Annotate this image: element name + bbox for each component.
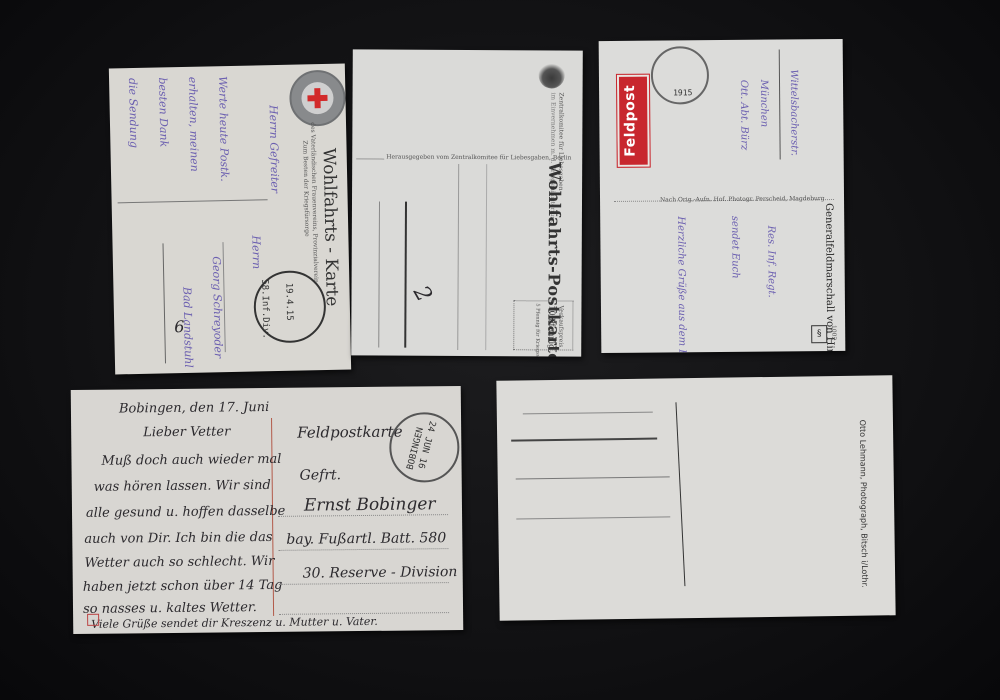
handwriting: Herrn Gefreiter [267,105,282,193]
address-line [516,516,670,519]
red-cross-seal-icon [289,70,346,127]
divider-vertical [457,164,459,350]
postcard-wohlfahrts-postkarte: Zentralkomitee für Liebesgaben im Einver… [351,49,583,356]
handwriting: besten Dank [156,77,170,147]
card-title: Wohlfahrts - Karte [319,148,342,307]
feldpost-label: Feldpost [617,75,650,167]
handwritten-mark: 2 [408,282,437,307]
handwriting: die Sendung [126,78,140,148]
divider-vertical [485,164,487,350]
publisher-logo-icon [87,614,99,626]
postcard-wohlfahrts-karte: Wohlfahrts - Karte des Vaterländischen F… [109,64,351,375]
stamp-box: Verkaufspreis 10 Pfennig 5 Pfennig für K… [513,300,573,350]
letter-line: Viele Grüße sendet dir Kreszenz u. Mutte… [91,615,378,631]
divider [356,158,384,159]
catalog-number: 1002 [830,325,837,340]
letter-line: Muß doch auch wieder mal [101,452,281,469]
postcard-otto-lehmann: Otto Lehmann, Photograph, Bitsch i/Lothr… [496,375,895,621]
letter-line: haben jetzt schon über 14 Tag [83,578,283,595]
header-label: Feldpostkarte [297,423,403,442]
address-rule [278,548,448,551]
handwriting: Georg Schreyoder [210,256,225,358]
letter-line: was hören lassen. Wir sind [94,478,271,495]
postcard-feldpostkarte-bobingen: Bobingen, den 17. Juni Lieber Vetter Muß… [71,386,464,634]
letter-line: Bobingen, den 17. Juni [119,400,269,417]
address-line: 30. Reserve - Division [303,564,458,582]
publisher-line: Herausgegeben vom Zentralkomitee für Lie… [386,154,571,162]
postmark-stamp: BOBINGEN 24 JUN 16 [389,412,460,483]
address-line: Gefrt. [300,467,342,483]
address-line [516,476,670,479]
address-line [378,202,380,348]
address-rule [279,582,449,585]
divider-vertical [675,402,685,586]
handwriting: erhalten, meinen [186,77,201,172]
publisher-line: Otto Lehmann, Photograph, Bitsch i/Lothr… [858,420,869,588]
address-line: Ernst Bobinger [304,494,436,515]
publisher-logo-icon: § [811,325,827,343]
address-line [404,202,407,348]
handwritten-number: 6 [174,317,185,336]
handwriting: Res. Inf. Regt. [765,226,777,298]
address-line [162,243,166,363]
divider [118,199,268,203]
postcard-feldpost-hindenburg: Feldpost 1915 Nach Orig.-Aufn. Hof. Phot… [599,39,846,353]
address-line [511,438,657,442]
imperial-eagle-icon [539,62,565,88]
address-line: bay. Fußartl. Batt. 580 [286,530,446,548]
handwriting: Werte heute Postk. [216,76,231,182]
handwriting: München [758,80,769,128]
handwriting: Herzliche Grüße aus dem Feld [675,216,687,353]
card-subtitle: des Vaterländischen Frauenvereins, Provi… [309,122,319,283]
letter-line: Lieber Vetter [143,424,230,440]
publisher-line: Nach Orig.-Aufn. Hof. Photogr. Perscheid… [660,195,825,203]
letter-line: alle gesund u. hoffen dasselbe [86,504,285,521]
address-line [779,49,781,159]
postmark-stamp: 19.4.15 58.Inf.Div. [253,270,326,343]
handwriting: Herrn [249,235,263,269]
postmark-stamp: 1915 [651,46,710,105]
handwriting: sendet Euch [729,216,741,279]
handwriting: Wittelsbacherstr. [788,69,800,156]
address-line [523,412,653,415]
letter-line: Wetter auch so schlecht. Wir [84,554,274,571]
handwriting: Ott. Abt. Bürz [738,80,750,151]
letter-line: auch von Dir. Ich bin die das [84,530,272,547]
letter-line: so nasses u. kaltes Wetter. [83,600,257,617]
